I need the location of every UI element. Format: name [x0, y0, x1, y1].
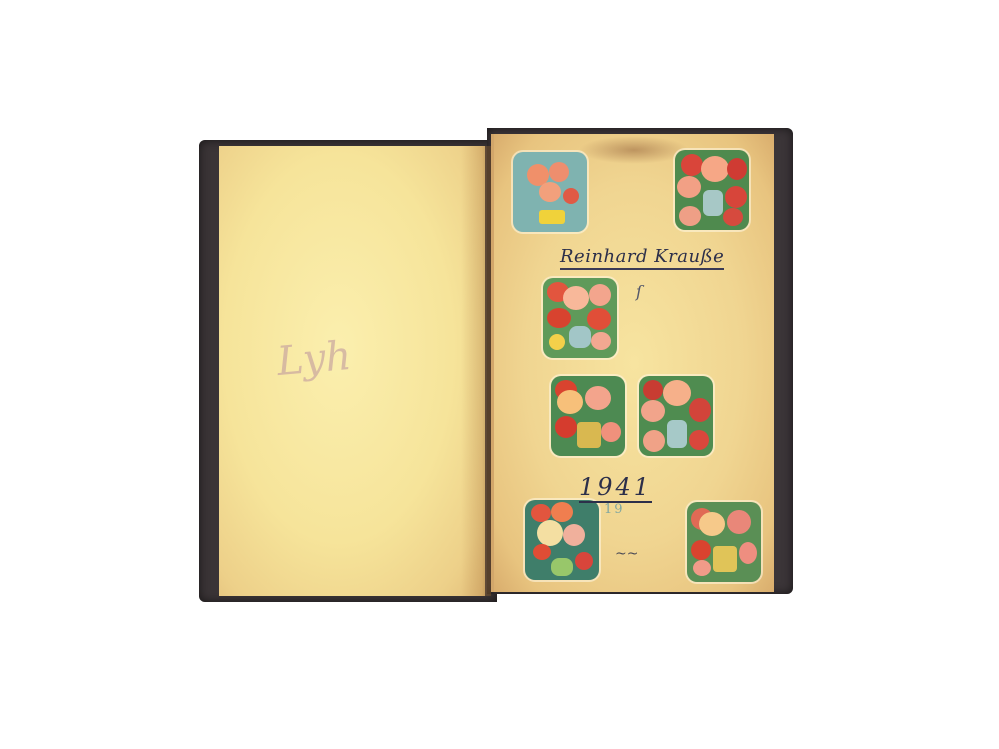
pencil-signature: Lyh — [275, 333, 353, 385]
flower-sticker-5 — [639, 376, 713, 456]
spine-shadow — [461, 146, 491, 596]
handwritten-year: 1941 — [579, 473, 652, 503]
faint-year-stamp: 19 — [604, 502, 625, 517]
flower-sticker-6 — [525, 500, 599, 580]
flower-sticker-1 — [513, 152, 587, 232]
flower-sticker-3 — [543, 278, 617, 358]
ink-squiggle: ~~ — [615, 546, 638, 562]
open-book: Lyh — [199, 128, 793, 604]
flower-sticker-2 — [675, 150, 749, 230]
flower-sticker-7 — [687, 502, 761, 582]
water-stain — [579, 136, 689, 164]
pencil-mark: ſ — [636, 282, 642, 301]
handwritten-name: Reinhard Krauße — [560, 246, 724, 270]
flower-sticker-4 — [551, 376, 625, 456]
left-page: Lyh — [219, 146, 485, 596]
